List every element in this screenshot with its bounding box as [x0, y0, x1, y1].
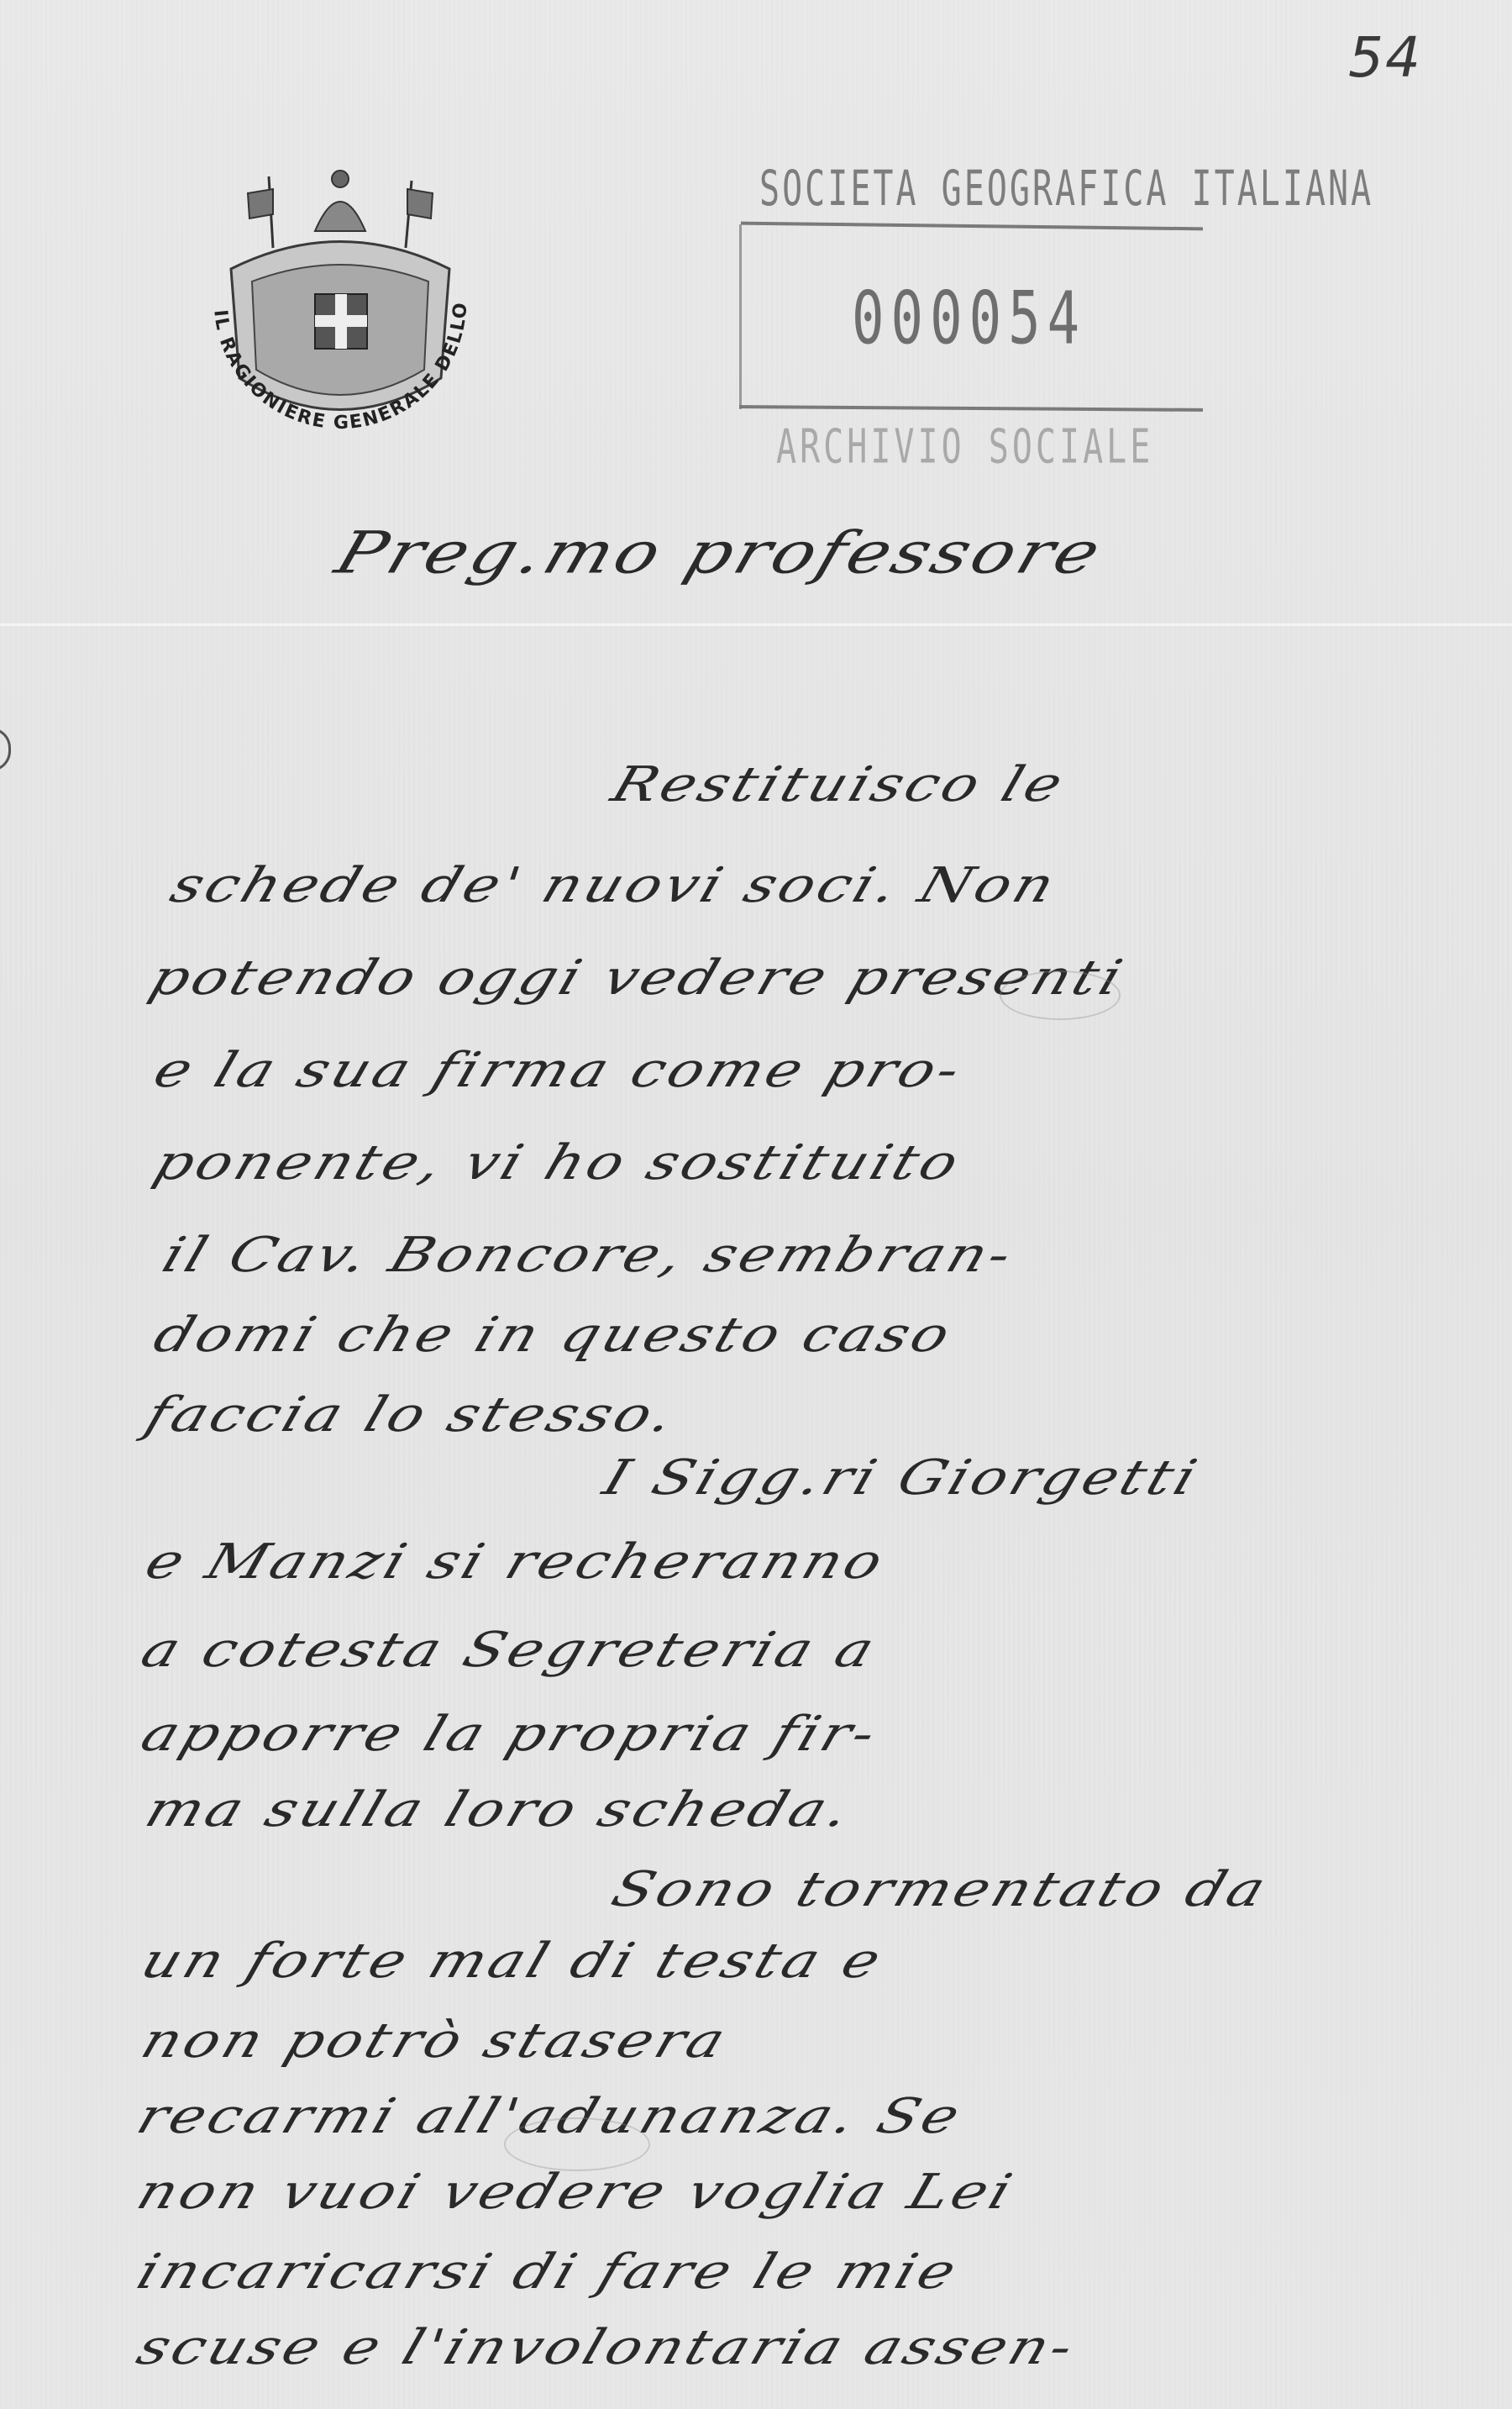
ink-loop-mark [504, 2117, 650, 2171]
stamp-rule-bottom [739, 405, 1203, 412]
coat-of-arms-icon: IL RAGIONIERE GENERALE DELLO STATO [189, 155, 491, 483]
stamp-archive-label: ARCHIVIO SOCIALE [776, 420, 1153, 474]
letter-line: potendo oggi vedere presenti [143, 949, 1132, 1006]
letter-salutation: Preg.mo professore [328, 519, 1112, 586]
stamp-archive-number: 000054 [852, 277, 1086, 361]
stamp-border-left [739, 224, 742, 409]
letter-line: I Sigg.ri Giorgetti [596, 1449, 1207, 1506]
letterhead: IL RAGIONIERE GENERALE DELLO STATO [189, 155, 491, 483]
fold-line [0, 623, 1512, 626]
ink-loop-mark [1000, 970, 1121, 1020]
letter-line: faccia lo stesso. [139, 1386, 685, 1443]
page-number: 54 [1348, 25, 1422, 90]
letter-line: scuse e l'involontaria assen- [130, 2319, 1084, 2375]
letter-line: il Cav. Boncore, sembran- [155, 1227, 1022, 1283]
letter-line: a cotesta Segreteria a [134, 1622, 885, 1678]
letter-line: incaricarsi di fare le mie [130, 2243, 967, 2300]
letter-line: ponente, vi ho sostituito [147, 1134, 969, 1191]
letter-line: schede de' nuovi soci. Non [164, 857, 1065, 913]
letter-line: un forte mal di testa e [134, 1933, 891, 1989]
letter-line: apporre la propria fir- [134, 1706, 886, 1762]
letter-line: non potrò stasera [134, 2012, 736, 2069]
stamp-society-name: SOCIETA GEOGRAFICA ITALIANA [759, 161, 1196, 218]
letter-line: e la sua firma come pro- [147, 1042, 970, 1098]
archive-stamp: SOCIETA GEOGRAFICA ITALIANA 000054 ARCHI… [736, 145, 1206, 472]
letter-line: Sono tormentato da [605, 1861, 1276, 1917]
letter-line: Restituisco le [605, 756, 1073, 813]
letter-line: domi che in questo caso [147, 1307, 960, 1363]
letter-line: e Manzi si recheranno [139, 1533, 893, 1590]
letter-line: ma sulla loro scheda. [139, 1781, 860, 1838]
letter-line: non vuoi vedere voglia Lei [130, 2164, 1022, 2220]
stamp-rule-top [741, 222, 1203, 231]
